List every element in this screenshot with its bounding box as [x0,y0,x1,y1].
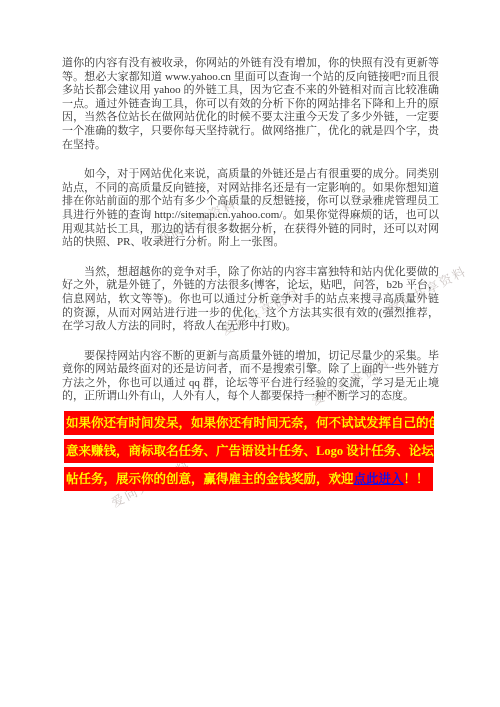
paragraph-2: 如今，对于网站优化来说，高质量的外链还是占有很重要的成分。同类别站点，不同的高质… [62,168,439,250]
promo-link[interactable]: 点此进入 [354,472,404,486]
document-page: 爱问共享资料 爱问共享资料 爱问共享资料 爱问共享资料 爱问共享资料 道你的内容… [0,0,500,707]
promo-ad-block: 如果你还有时间发呆，如果你还有时间无奈，何不试试发挥自己的创 意来赚钱，商标取名… [64,411,434,499]
promo-line-3-suffix: ！！ [404,472,429,486]
promo-line-3-text: 帖任务，展示你的创意，赢得雇主的金钱奖励，欢迎 [66,472,354,486]
promo-line-2: 意来赚钱，商标取名任务、广告语设计任务、Logo 设计任务、论坛发 [64,439,434,463]
paragraph-3: 当然，想超越你的竞争对手，除了你站的内容丰富独特和站内优化要做的好之外，就是外链… [62,266,439,334]
promo-line-1: 如果你还有时间发呆，如果你还有时间无奈，何不试试发挥自己的创 [64,411,434,435]
promo-line-3: 帖任务，展示你的创意，赢得雇主的金钱奖励，欢迎点此进入！！ [64,467,433,491]
paragraph-4: 要保持网站内容不断的更新与高质量外链的增加，切记尽量少的采集。毕竟你的网站最终面… [62,350,439,404]
article-body: 道你的内容有没有被收录，你网站的外链有没有增加，你的快照有没有更新等等。想必大家… [62,57,439,420]
paragraph-1: 道你的内容有没有被收录，你网站的外链有没有增加，你的快照有没有更新等等。想必大家… [62,57,439,152]
